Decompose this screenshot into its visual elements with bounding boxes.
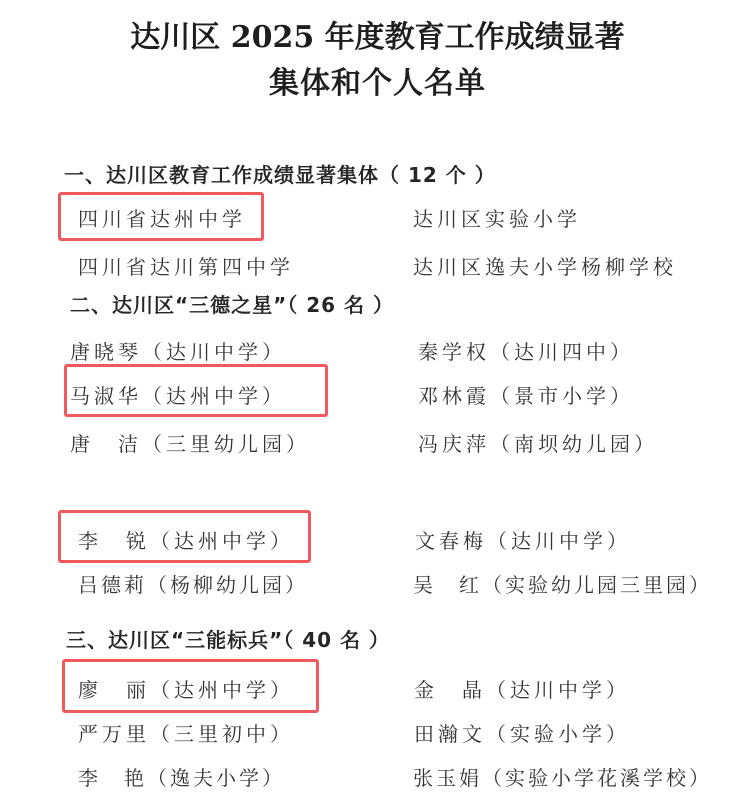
section-heading-collectives: 一、达川区教育工作成绩显著集体（ 12 个 ） bbox=[64, 159, 496, 188]
list-item-person: 冯庆萍（南坝幼儿园） bbox=[418, 428, 658, 457]
document-title-line1: 达川区 2025 年度教育工作成绩显著 bbox=[0, 12, 755, 56]
list-item-person: 严万里（三里初中） bbox=[78, 718, 294, 747]
list-item-collective: 达川区实验小学 bbox=[413, 203, 581, 232]
list-item-collective: 四川省达川第四中学 bbox=[78, 251, 294, 280]
list-item-person: 唐晓琴（达川中学） bbox=[70, 336, 286, 365]
list-item-person: 文春梅（达川中学） bbox=[415, 525, 631, 554]
section-heading-three-abilities-models: 三、达川区“三能标兵”（ 40 名 ） bbox=[66, 624, 390, 653]
list-item-person: 吕德莉（杨柳幼儿园） bbox=[78, 569, 308, 598]
list-item-person: 秦学权（达川四中） bbox=[418, 336, 634, 365]
list-item-collective: 四川省达州中学 bbox=[78, 203, 246, 232]
list-item-person: 李 锐（达州中学） bbox=[78, 525, 294, 554]
list-item-collective: 达川区逸夫小学杨柳学校 bbox=[413, 251, 677, 280]
list-item-person: 邓林霞（景市小学） bbox=[418, 380, 634, 409]
section-heading-three-virtues-stars: 二、达川区“三德之星”（ 26 名 ） bbox=[70, 289, 394, 318]
list-item-person: 李 艳（逸夫小学） bbox=[78, 762, 285, 791]
list-item-person: 金 晶（达川中学） bbox=[414, 674, 630, 703]
list-item-person: 田瀚文（实验小学） bbox=[414, 718, 630, 747]
list-item-person: 唐 洁（三里幼儿园） bbox=[70, 428, 310, 457]
document-title-line2: 集体和个人名单 bbox=[0, 58, 755, 102]
list-item-person: 马淑华（达州中学） bbox=[70, 380, 286, 409]
list-item-person: 廖 丽（达州中学） bbox=[78, 674, 294, 703]
list-item-person: 吴 红（实验幼儿园三里园） bbox=[413, 569, 712, 598]
list-item-person: 张玉娟（实验小学花溪学校） bbox=[413, 762, 712, 791]
